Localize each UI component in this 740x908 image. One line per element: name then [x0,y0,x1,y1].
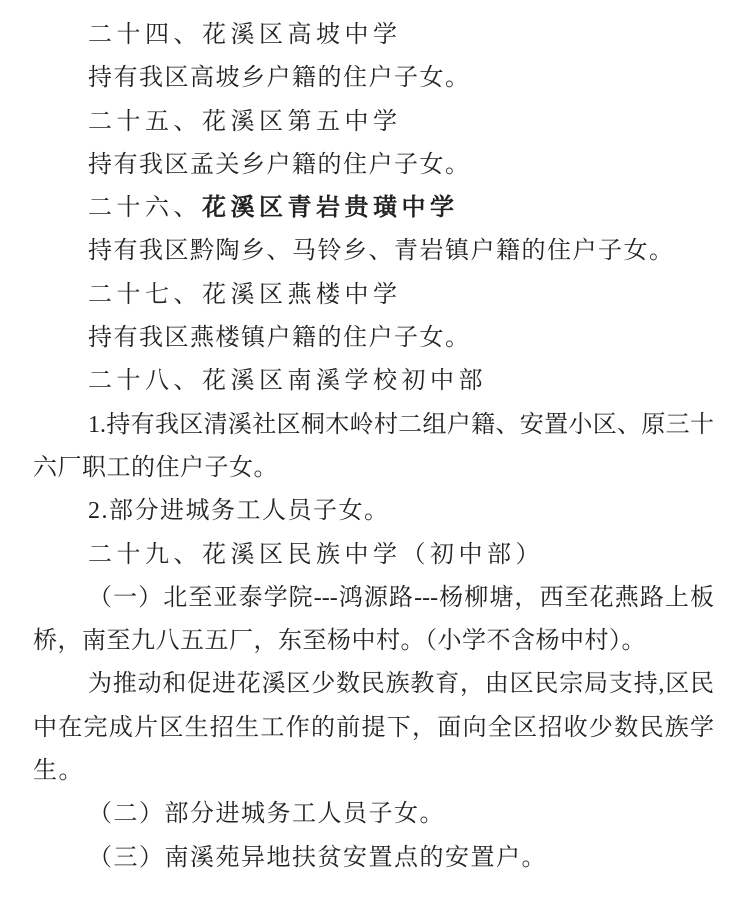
eligibility-25: 持有我区孟关乡户籍的住户子女。 [33,144,714,187]
eligibility-28-item1-line1: 1.持有我区清溪社区桐木岭村二组户籍、安置小区、原三十 [33,404,714,447]
eligibility-26: 持有我区黔陶乡、马铃乡、青岩镇户籍的住户子女。 [33,230,714,273]
minority-policy-line3: 生。 [33,750,714,793]
minority-policy-line1: 为推动和促进花溪区少数民族教育，由区民宗局支持,区民 [33,663,714,706]
school-heading-28: 二十八、花溪区南溪学校初中部 [33,360,714,403]
school-heading-26: 二十六、花溪区青岩贵璜中学 [33,187,714,230]
district-29-line1: （一）北至亚泰学院---鸿源路---杨柳塘，西至花燕路上板 [33,577,714,620]
item-29-2: （二）部分进城务工人员子女。 [33,793,714,836]
school-heading-29: 二十九、花溪区民族中学（初中部） [33,534,714,577]
eligibility-28-item1-line2: 六厂职工的住户子女。 [33,447,714,490]
eligibility-27: 持有我区燕楼镇户籍的住户子女。 [33,317,714,360]
heading-26-school-name: 花溪区青岩贵璜中学 [202,195,459,221]
eligibility-28-item2: 2.部分进城务工人员子女。 [33,490,714,533]
district-29-line2: 桥，南至九八五五厂，东至杨中村。（小学不含杨中村）。 [33,620,714,663]
heading-26-number: 二十六、 [88,195,202,221]
item-29-3: （三）南溪苑异地扶贫安置点的安置户。 [33,837,714,880]
school-heading-24: 二十四、花溪区高坡中学 [33,14,714,57]
minority-policy-line2: 中在完成片区生招生工作的前提下，面向全区招收少数民族学 [33,707,714,750]
school-heading-25: 二十五、花溪区第五中学 [33,101,714,144]
document-page: 二十四、花溪区高坡中学 持有我区高坡乡户籍的住户子女。 二十五、花溪区第五中学 … [0,0,740,908]
school-heading-27: 二十七、花溪区燕楼中学 [33,274,714,317]
eligibility-24: 持有我区高坡乡户籍的住户子女。 [33,57,714,100]
